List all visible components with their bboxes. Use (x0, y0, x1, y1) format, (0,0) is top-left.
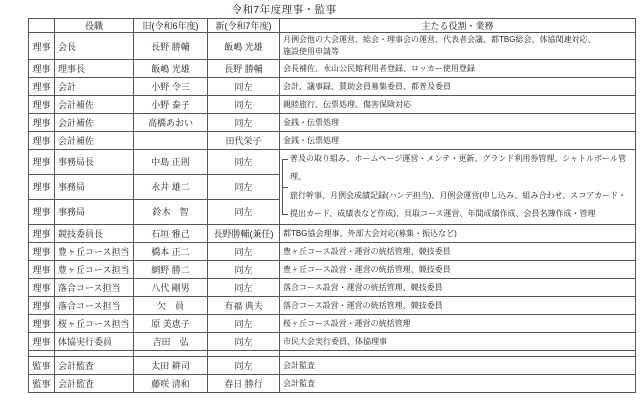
category-cell: 理事 (29, 278, 55, 296)
category-cell: 理事 (29, 150, 55, 175)
table-row: 理事会長長野 勝輔飯嶋 光雄月例会他の大会運営、総会・理事会の運営、代表者会議、… (29, 33, 636, 60)
header-cell-category (29, 19, 55, 33)
old-name-cell: 八代 剛男 (134, 278, 208, 296)
duty-cell: 都TBG協会理事、外部大会対応(募集・振込など) (280, 224, 636, 242)
new-name-cell: 同左 (208, 278, 280, 296)
new-name-cell: 同左 (208, 314, 280, 332)
old-name-cell: 小野 令三 (134, 78, 208, 96)
duty-cell: 親睦旅行、伝票処理、傷害保険対応 (280, 96, 636, 114)
table-row: 監事会計監査太田 耕司同左会計監査 (29, 357, 636, 375)
new-name-cell: 田代栄子 (208, 132, 280, 150)
category-cell: 理事 (29, 33, 55, 60)
category-cell: 理事 (29, 114, 55, 132)
table-row: 理事会計補佐高橋あおい同左金銭・伝票処理 (29, 114, 636, 132)
new-name-cell: 同左 (208, 199, 280, 224)
old-name-cell: 中島 正則 (134, 150, 208, 175)
duty-text: 豊ヶ丘コース設営・運営の統括管理、競技委員 (283, 246, 633, 257)
page-title: 令和7年度理事・監事 (28, 2, 540, 17)
table-row: 理事桜ヶ丘コース担当原 美恵子同左桜ヶ丘コース設営・運営の統括管理 (29, 314, 636, 332)
old-name-cell: 長野 勝輔 (134, 33, 208, 60)
position-cell: 会計補佐 (55, 132, 134, 150)
category-cell: 理事 (29, 174, 55, 199)
duty-text: 親睦旅行、伝票処理、傷害保険対応 (283, 99, 633, 110)
group-brace (282, 159, 288, 215)
duty-text: 落合コース設営・運営の統括管理、競技委員 (283, 300, 633, 311)
new-name-cell: 有福 典夫 (208, 296, 280, 314)
position-cell: 事務局長 (55, 150, 134, 175)
duty-cell: 会計監査 (280, 357, 636, 375)
duty-cell: 豊ヶ丘コース設営・運営の統括管理、競技委員 (280, 260, 636, 278)
duty-cell: 月例会他の大会運営、総会・理事会の運営、代表者会議、都TBG総会、体協関連対応、… (280, 33, 636, 60)
old-name-cell: 永井 雄二 (134, 174, 208, 199)
category-cell: 理事 (29, 332, 55, 350)
header-cell-new-year: 新(令和7年度) (208, 19, 280, 33)
table-row: 理事豊ヶ丘コース担当網野 勝二同左豊ヶ丘コース設営・運営の統括管理、競技委員 (29, 260, 636, 278)
duty-cell: 市民大会実行委員、体協理事 (280, 332, 636, 350)
table-row: 理事落合コース担当欠 員有福 典夫落合コース設営・運営の統括管理、競技委員 (29, 296, 636, 314)
position-cell: 会計監査 (55, 375, 134, 393)
new-name-cell: 同左 (208, 114, 280, 132)
duty-cell: 落合コース設営・運営の統括管理、競技委員 (280, 296, 636, 314)
old-name-cell: 小野 泰子 (134, 96, 208, 114)
duty-cell: 豊ヶ丘コース設営・運営の統括管理、競技委員 (280, 242, 636, 260)
new-name-cell: 長野 勝輔 (208, 60, 280, 78)
old-name-cell: 石垣 雅己 (134, 224, 208, 242)
duty-text: 会計監査 (283, 378, 633, 389)
new-name-cell: 飯嶋 光雄 (208, 33, 280, 60)
position-cell: 会計補佐 (55, 114, 134, 132)
category-cell: 理事 (29, 132, 55, 150)
header-cell-duties: 主たる役割・業務 (280, 19, 636, 33)
old-name-cell: 鈴木 智 (134, 199, 208, 224)
table-row: 監事会計監査藤咲 清和春日 勝行会計監査 (29, 375, 636, 393)
header-cell-position: 役職 (55, 19, 134, 33)
duty-text: 都TBG協会理事、外部大会対応(募集・振込など) (283, 228, 633, 239)
duty-cell: 桜ヶ丘コース設営・運営の統括管理 (280, 314, 636, 332)
new-name-cell: 同左 (208, 174, 280, 199)
new-name-cell: 同左 (208, 150, 280, 175)
old-name-cell: 網野 勝二 (134, 260, 208, 278)
duty-text: 会計監査 (283, 360, 633, 371)
table-row: 理事会計小野 令三同左会計、議事録、賛助会員募集委員、都普及委員 (29, 78, 636, 96)
table-row: 理事理事長飯嶋 光雄長野 勝輔会長補佐、永山公民館利用者登録、ロッカー使用登録 (29, 60, 636, 78)
old-name-cell: 欠 員 (134, 296, 208, 314)
position-cell: 会計監査 (55, 357, 134, 375)
old-name-cell: 吉田 弘 (134, 332, 208, 350)
new-name-cell: 同左 (208, 260, 280, 278)
category-cell: 監事 (29, 357, 55, 375)
position-cell: 会長 (55, 33, 134, 60)
old-name-cell: 橋本 正二 (134, 242, 208, 260)
header-cell-old-year: 旧(令和6年度) (134, 19, 208, 33)
position-cell: 落合コース担当 (55, 278, 134, 296)
duty-text: 桜ヶ丘コース設営・運営の統括管理 (283, 318, 633, 329)
table-row: 理事会計補佐田代栄子金銭・伝票処理 (29, 132, 636, 150)
duty-cell: 普及の取り組み、ホームページ運営・メンテ・更新、グランド利用券管理、シャトルボー… (280, 150, 636, 225)
duty-cell: 落合コース設営・運営の統括管理、競技委員 (280, 278, 636, 296)
new-name-cell: 同左 (208, 357, 280, 375)
position-cell: 理事長 (55, 60, 134, 78)
new-name-cell: 同左 (208, 332, 280, 350)
new-name-cell: 同左 (208, 78, 280, 96)
table-row: 理事事務局長中島 正則同左普及の取り組み、ホームページ運営・メンテ・更新、グラン… (29, 150, 636, 175)
officers-table: 役職 旧(令和6年度) 新(令和7年度) 主たる役割・業務 理事会長長野 勝輔飯… (28, 18, 636, 368)
table-row: 理事競技委員長石垣 雅己長野勝輔(兼任)都TBG協会理事、外部大会対応(募集・振… (29, 224, 636, 242)
duty-cell: 会計、議事録、賛助会員募集委員、都普及委員 (280, 78, 636, 96)
position-cell: 競技委員長 (55, 224, 134, 242)
duty-text: 普及の取り組み、ホームページ運営・メンテ・更新、グランド利用券管理、シャトルボー… (290, 150, 633, 224)
auditors-table: 監事会計監査太田 耕司同左会計監査監事会計監査藤咲 清和春日 勝行会計監査 (28, 356, 636, 393)
position-cell: 事務局 (55, 199, 134, 224)
position-cell: 桜ヶ丘コース担当 (55, 314, 134, 332)
category-cell: 理事 (29, 224, 55, 242)
position-cell: 事務局 (55, 174, 134, 199)
category-cell: 理事 (29, 199, 55, 224)
duty-text: 会計、議事録、賛助会員募集委員、都普及委員 (283, 81, 633, 92)
position-cell: 豊ヶ丘コース担当 (55, 260, 134, 278)
category-cell: 理事 (29, 260, 55, 278)
duty-cell: 会長補佐、永山公民館利用者登録、ロッカー使用登録 (280, 60, 636, 78)
position-cell: 落合コース担当 (55, 296, 134, 314)
position-cell: 会計 (55, 78, 134, 96)
table-row: 理事落合コース担当八代 剛男同左落合コース設営・運営の統括管理、競技委員 (29, 278, 636, 296)
old-name-cell: 原 美恵子 (134, 314, 208, 332)
duty-text: 金銭・伝票処理 (283, 117, 633, 128)
category-cell: 理事 (29, 296, 55, 314)
category-cell: 理事 (29, 242, 55, 260)
table-row: 理事体協実行委員吉田 弘同左市民大会実行委員、体協理事 (29, 332, 636, 350)
category-cell: 理事 (29, 96, 55, 114)
duty-cell: 金銭・伝票処理 (280, 114, 636, 132)
new-name-cell: 長野勝輔(兼任) (208, 224, 280, 242)
duty-text: 会長補佐、永山公民館利用者登録、ロッカー使用登録 (283, 63, 633, 74)
old-name-cell: 藤咲 清和 (134, 375, 208, 393)
old-name-cell: 太田 耕司 (134, 357, 208, 375)
table-row: 理事会計補佐小野 泰子同左親睦旅行、伝票処理、傷害保険対応 (29, 96, 636, 114)
old-name-cell: 高橋あおい (134, 114, 208, 132)
category-cell: 監事 (29, 375, 55, 393)
position-cell: 豊ヶ丘コース担当 (55, 242, 134, 260)
category-cell: 理事 (29, 60, 55, 78)
new-name-cell: 同左 (208, 242, 280, 260)
table-row: 理事豊ヶ丘コース担当橋本 正二同左豊ヶ丘コース設営・運営の統括管理、競技委員 (29, 242, 636, 260)
duty-text: 豊ヶ丘コース設営・運営の統括管理、競技委員 (283, 264, 633, 275)
document-page: 令和7年度理事・監事 役職 旧(令和6年度) 新(令和7年度) 主たる役割・業務… (0, 0, 640, 411)
duty-text: 落合コース設営・運営の統括管理、競技委員 (283, 282, 633, 293)
position-cell: 体協実行委員 (55, 332, 134, 350)
duty-text: 金銭・伝票処理 (283, 135, 633, 146)
position-cell: 会計補佐 (55, 96, 134, 114)
new-name-cell: 同左 (208, 96, 280, 114)
category-cell: 理事 (29, 78, 55, 96)
duty-cell: 金銭・伝票処理 (280, 132, 636, 150)
duty-cell: 会計監査 (280, 375, 636, 393)
old-name-cell: 飯嶋 光雄 (134, 60, 208, 78)
new-name-cell: 春日 勝行 (208, 375, 280, 393)
old-name-cell (134, 132, 208, 150)
category-cell: 理事 (29, 314, 55, 332)
duty-text: 月例会他の大会運営、総会・理事会の運営、代表者会議、都TBG総会、体協関連対応、… (283, 34, 633, 58)
duty-text: 市民大会実行委員、体協理事 (283, 336, 633, 347)
header-row: 役職 旧(令和6年度) 新(令和7年度) 主たる役割・業務 (29, 19, 636, 33)
